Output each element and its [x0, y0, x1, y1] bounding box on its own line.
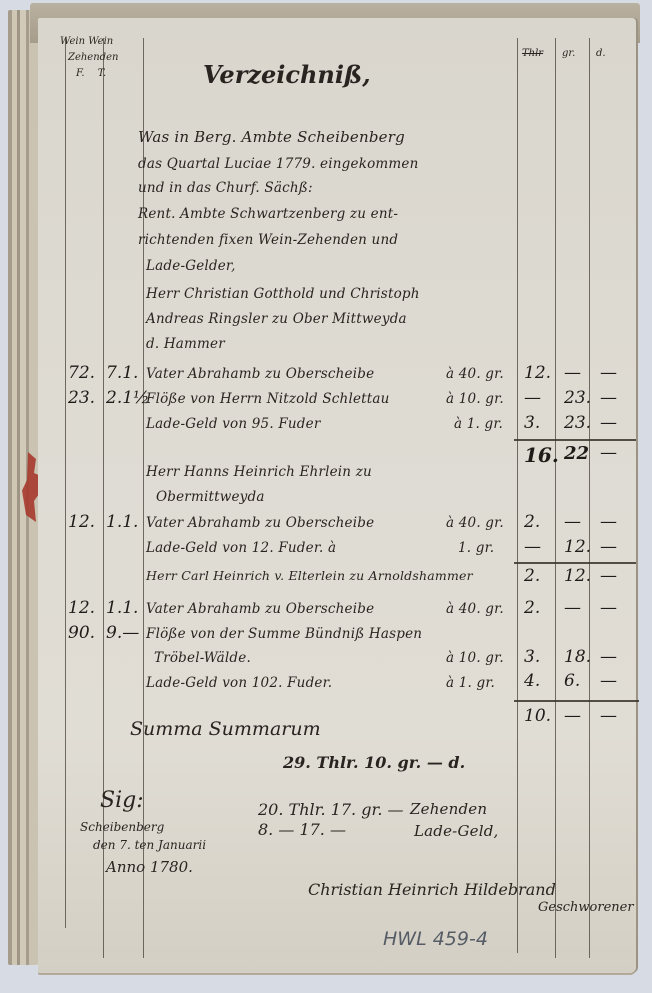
- s2-e1-col1: 12.: [68, 512, 95, 532]
- header-t: T.: [98, 68, 106, 79]
- summa-ladegeld-amount: 8. — 17. —: [258, 820, 346, 839]
- document-title: Verzeichniß,: [203, 60, 371, 89]
- intro-line-2: das Quartal Luciae 1779. eingekommen: [138, 156, 419, 172]
- s1-e1-d: —: [600, 363, 617, 383]
- s2-subtotal-d: —: [600, 566, 617, 586]
- s1-e1-gr: —: [564, 363, 581, 383]
- s1-e1-col2: 7.1.: [106, 363, 138, 383]
- s2-e1-thlr: 2.: [524, 512, 540, 532]
- header-gr: gr.: [562, 48, 575, 59]
- s2-e2-thlr: —: [524, 537, 541, 557]
- s3-e3-rate: à 10. gr.: [446, 650, 504, 666]
- s3-e1-col2: 1.1.: [106, 598, 138, 618]
- left-header-zehenden: Zehenden: [68, 52, 118, 63]
- section2-heading-1: Herr Hanns Heinrich Ehrlein zu: [146, 464, 372, 480]
- s1-e2-text: Flöße von Herrn Nitzold Schlettau: [146, 391, 390, 407]
- header-f: F.: [76, 68, 85, 79]
- s1-e2-d: —: [600, 388, 617, 408]
- s2-e2-gr: 12.: [564, 537, 591, 557]
- header-wein-2: Wein: [88, 36, 113, 47]
- s1-e1-rate: à 40. gr.: [446, 366, 504, 382]
- s2-e2-rate: 1. gr.: [458, 540, 494, 556]
- s3-subtotal-rule: [514, 700, 639, 702]
- rule-gr-right: [589, 38, 590, 958]
- summa-total: 29. Thlr. 10. gr. — d.: [283, 753, 465, 772]
- summa-ladegeld-label: Lade-Geld,: [414, 822, 498, 840]
- s1-e3-rate: à 1. gr.: [454, 416, 503, 432]
- s1-e3-thlr: 3.: [524, 413, 540, 433]
- sig-year: Anno 1780.: [106, 858, 193, 876]
- sig-label: Sig:: [100, 788, 144, 813]
- intro-line-3: und in das Churf. Sächß:: [138, 180, 313, 196]
- s1-subtotal-thlr: 16.: [524, 443, 559, 467]
- s3-e2-text: Flöße von der Summe Bündniß Haspen: [146, 626, 422, 642]
- summa-zehenden-amount: 20. Thlr. 17. gr. —: [258, 800, 404, 819]
- s3-e3-d: —: [600, 647, 617, 667]
- s1-subtotal-d: —: [600, 443, 617, 463]
- s2-e1-text: Vater Abrahamb zu Oberscheibe: [146, 515, 374, 531]
- header-wein: Wein: [60, 36, 85, 47]
- s3-e2-col1: 90.: [68, 623, 95, 643]
- section1-heading-3: d. Hammer: [146, 336, 225, 352]
- left-header-ft: F. T.: [76, 68, 106, 79]
- signatory-title: Geschworener: [538, 900, 634, 915]
- s3-e1-text: Vater Abrahamb zu Oberscheibe: [146, 601, 374, 617]
- s3-e4-rate: à 1. gr.: [446, 675, 495, 691]
- s3-e1-rate: à 40. gr.: [446, 601, 504, 617]
- s2-e1-d: —: [600, 512, 617, 532]
- s1-e1-thlr: 12.: [524, 363, 551, 383]
- s3-e1-d: —: [600, 598, 617, 618]
- s2-subtotal-gr: 12.: [564, 566, 591, 586]
- intro-line-4: Rent. Ambte Schwartzenberg zu ent-: [138, 206, 398, 222]
- s3-e3-gr: 18.: [564, 647, 591, 667]
- s2-e2-d: —: [600, 537, 617, 557]
- s3-e1-thlr: 2.: [524, 598, 540, 618]
- section3-heading-1: Herr Carl Heinrich v. Elterlein zu Arnol…: [146, 568, 473, 583]
- summa-summarum-label: Summa Summarum: [130, 718, 321, 740]
- header-thlr: Thlr: [522, 48, 543, 59]
- s3-e1-col1: 12.: [68, 598, 95, 618]
- section1-heading-2: Andreas Ringsler zu Ober Mittweyda: [146, 311, 407, 327]
- s2-e2-text: Lade-Geld von 12. Fuder. à: [146, 540, 336, 556]
- rule-left-col-a: [65, 38, 66, 928]
- archive-signature: HWL 459-4: [383, 928, 488, 950]
- section2-heading-2: Obermittweyda: [156, 489, 265, 505]
- s3-subtotal-gr: —: [564, 706, 581, 726]
- s1-e1-text: Vater Abrahamb zu Oberscheibe: [146, 366, 374, 382]
- s1-e2-rate: à 10. gr.: [446, 391, 504, 407]
- rule-thlr-right: [555, 38, 556, 958]
- s2-subtotal-rule: [514, 562, 636, 564]
- s2-e1-gr: —: [564, 512, 581, 532]
- s2-e1-rate: à 40. gr.: [446, 515, 504, 531]
- s1-e2-thlr: —: [524, 388, 541, 408]
- s1-e1-col1: 72.: [68, 363, 95, 383]
- sig-place: Scheibenberg: [80, 820, 164, 834]
- header-d: d.: [596, 48, 606, 59]
- s3-e2-col2: 9.—: [106, 623, 139, 643]
- s1-e3-gr: 23.: [564, 413, 591, 433]
- intro-line-6: Lade-Gelder,: [146, 258, 236, 274]
- s3-e3-text: Tröbel-Wälde.: [154, 650, 251, 666]
- section1-heading-1: Herr Christian Gotthold und Christoph: [146, 286, 420, 302]
- signatory-name: Christian Heinrich Hildebrand: [308, 880, 556, 899]
- summa-zehenden-label: Zehenden: [410, 800, 487, 818]
- ledger-page: Wein Wein Zehenden F. T. Thlr gr. d. Ver…: [38, 18, 636, 973]
- s3-e4-d: —: [600, 671, 617, 691]
- s3-e3-thlr: 3.: [524, 647, 540, 667]
- s2-e1-col2: 1.1.: [106, 512, 138, 532]
- intro-line-5: richtenden fixen Wein-Zehenden und: [138, 232, 398, 248]
- s3-e1-gr: —: [564, 598, 581, 618]
- s1-subtotal-rule: [514, 439, 636, 441]
- s1-e3-text: Lade-Geld von 95. Fuder: [146, 416, 320, 432]
- rule-thlr-left: [517, 38, 518, 953]
- left-header-line1: Wein Wein: [60, 36, 113, 47]
- s1-e2-gr: 23.: [564, 388, 591, 408]
- s1-e2-col1: 23.: [68, 388, 95, 408]
- s3-e4-text: Lade-Geld von 102. Fuder.: [146, 675, 332, 691]
- s3-subtotal-d: —: [600, 706, 617, 726]
- sig-date: den 7. ten Januarii: [93, 838, 206, 852]
- s3-subtotal-thlr: 10.: [524, 706, 551, 726]
- s3-e4-gr: 6.: [564, 671, 580, 691]
- s1-e3-d: —: [600, 413, 617, 433]
- s3-e4-thlr: 4.: [524, 671, 540, 691]
- s1-subtotal-gr: 22: [564, 443, 589, 464]
- s2-subtotal-thlr: 2.: [524, 566, 540, 586]
- intro-line-1: Was in Berg. Ambte Scheibenberg: [138, 128, 405, 146]
- s1-e2-col2: 2.1½: [106, 388, 150, 408]
